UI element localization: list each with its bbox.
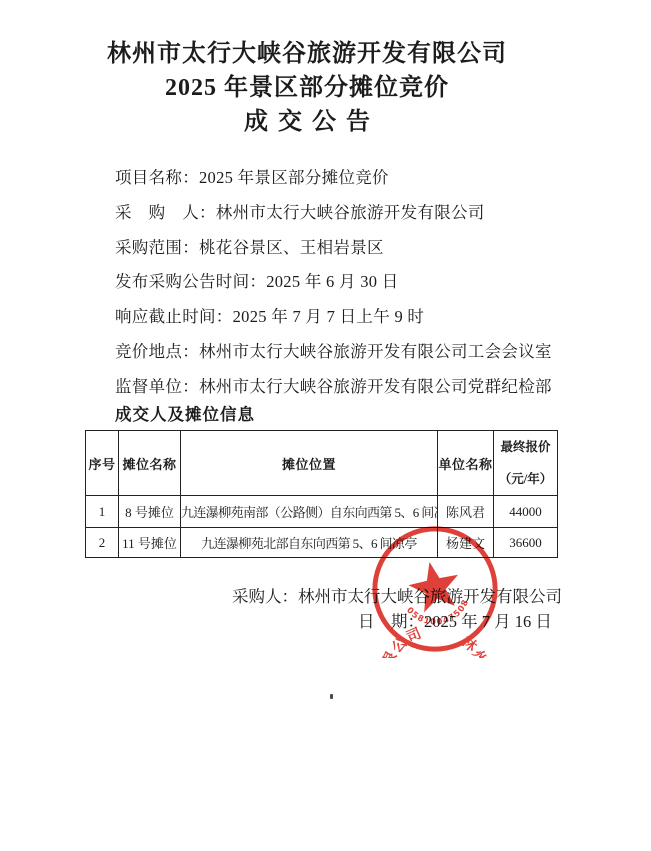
header-winner: 单位名称: [438, 431, 494, 496]
section-heading: 成交人及摊位信息: [115, 401, 255, 425]
table-row: 2 11 号摊位 九连瀑柳苑北部自东向西第 5、6 间凉亭 杨建文 36600: [86, 528, 558, 558]
document-page: 林州市太行大峡谷旅游开发有限公司 2025 年景区部分摊位竞价 成交公告 项目名…: [0, 0, 651, 851]
title-line-1: 林州市太行大峡谷旅游开发有限公司: [0, 37, 614, 71]
header-price-line2: （元/年）: [494, 463, 557, 495]
header-stall: 摊位名称: [119, 431, 181, 496]
info-section: 项目名称：2025 年景区部分摊位竞价 采 购 人：林州市太行大峡谷旅游开发有限…: [115, 161, 595, 405]
header-location: 摊位位置: [181, 431, 438, 496]
cell-location: 九连瀑柳苑北部自东向西第 5、6 间凉亭: [181, 528, 438, 558]
document-title: 林州市太行大峡谷旅游开发有限公司 2025 年景区部分摊位竞价 成交公告: [0, 37, 614, 139]
cell-no: 2: [86, 528, 119, 558]
scan-artifact-speck: [330, 694, 333, 699]
info-line-bid-place: 竞价地点：林州市太行大峡谷旅游开发有限公司工会会议室: [115, 335, 595, 370]
info-line-supervisor: 监督单位：林州市太行大峡谷旅游开发有限公司党群纪检部: [115, 370, 595, 405]
cell-price: 44000: [494, 496, 558, 528]
cell-price: 36600: [494, 528, 558, 558]
header-no: 序号: [86, 431, 119, 496]
title-line-3: 成交公告: [0, 105, 614, 139]
info-line-purchaser: 采 购 人：林州市太行大峡谷旅游开发有限公司: [115, 196, 595, 231]
footer-buyer-line: 采购人：林州市太行大峡谷旅游开发有限公司: [232, 583, 562, 607]
info-line-project-name: 项目名称：2025 年景区部分摊位竞价: [115, 161, 595, 196]
info-line-scope: 采购范围：桃花谷景区、王相岩景区: [115, 231, 595, 266]
info-line-deadline: 响应截止时间：2025 年 7 月 7 日上午 9 时: [115, 300, 595, 335]
cell-winner: 陈风君: [438, 496, 494, 528]
table-row: 1 8 号摊位 九连瀑柳苑南部（公路侧）自东向西第 5、6 间凉亭 陈风君 44…: [86, 496, 558, 528]
cell-location: 九连瀑柳苑南部（公路侧）自东向西第 5、6 间凉亭: [181, 496, 438, 528]
cell-no: 1: [86, 496, 119, 528]
header-price: 最终报价 （元/年）: [494, 431, 558, 496]
header-price-line1: 最终报价: [494, 431, 557, 463]
table-header-row: 序号 摊位名称 摊位位置 单位名称 最终报价 （元/年）: [86, 431, 558, 496]
info-line-announce-time: 发布采购公告时间：2025 年 6 月 30 日: [115, 265, 595, 300]
cell-stall: 8 号摊位: [119, 496, 181, 528]
results-table: 序号 摊位名称 摊位位置 单位名称 最终报价 （元/年） 1 8 号摊位 九连瀑…: [85, 430, 558, 558]
title-line-2: 2025 年景区部分摊位竞价: [0, 71, 614, 105]
footer-date-line: 日 期：2025 年 7 月 16 日: [358, 608, 552, 632]
cell-winner: 杨建文: [438, 528, 494, 558]
cell-stall: 11 号摊位: [119, 528, 181, 558]
